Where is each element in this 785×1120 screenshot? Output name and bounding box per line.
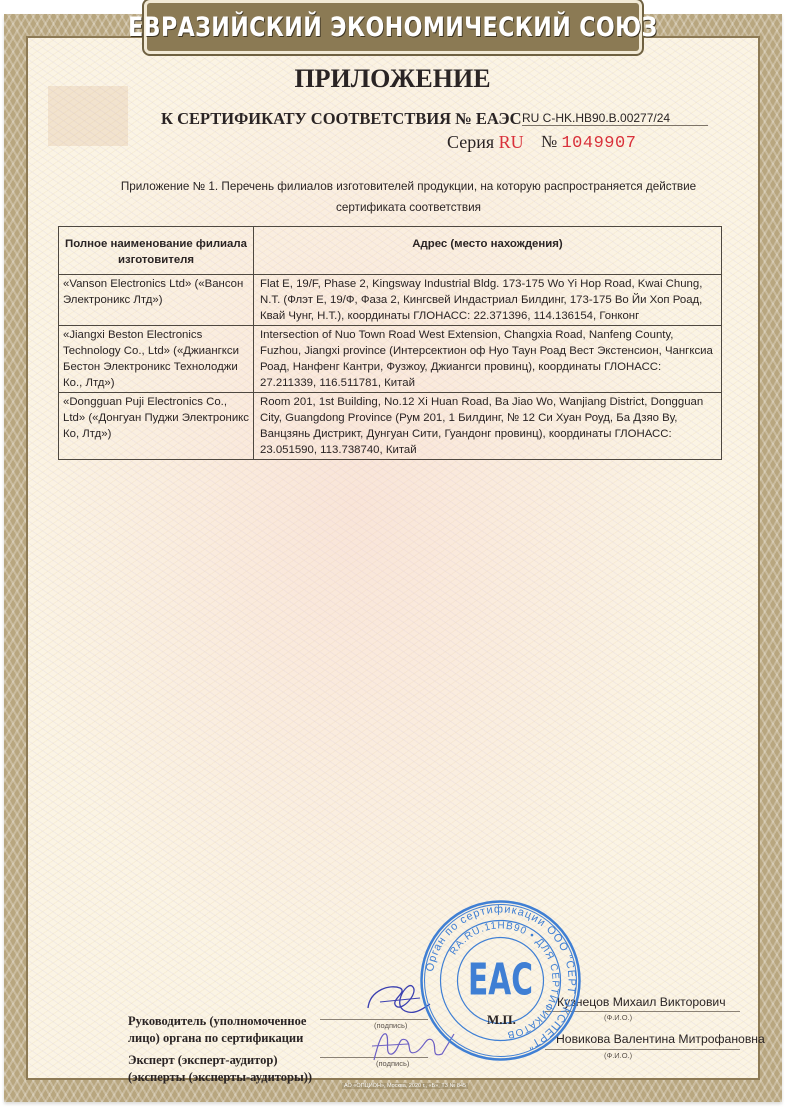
header-address: Адрес (место нахождения) <box>254 227 722 275</box>
head-fio-caption: (Ф.И.О.) <box>604 1013 632 1022</box>
printer-mark: АО «ОПЦИОН», Москва, 2020 г., «Б», ТЗ № … <box>342 1083 468 1089</box>
number-label: № <box>541 132 557 151</box>
appendix-line-2: сертификата соответствия <box>100 197 717 218</box>
expert-label-line-1: Эксперт (эксперт-аудитор) <box>128 1052 312 1069</box>
certificate-line: К СЕРТИФИКАТУ СООТВЕТСТВИЯ № ЕАЭС <box>161 109 522 129</box>
seal-mark: М.П. <box>487 1012 516 1028</box>
watermark <box>48 86 128 146</box>
branch-name: «Dongguan Puji Electronics Co., Ltd» («Д… <box>59 393 254 460</box>
appendix-caption: Приложение № 1. Перечень филиалов изгото… <box>100 176 717 218</box>
eac-mark: ЕАС <box>468 954 533 1005</box>
appendix-line-1: Приложение № 1. Перечень филиалов изгото… <box>100 176 717 197</box>
series: Серия RU <box>447 132 524 153</box>
expert-label-line-2: (эксперты (эксперты-аудиторы)) <box>128 1069 312 1086</box>
eac-stamp: Орган по сертификации ООО "СЕРТ ЭКСПЕРТ"… <box>418 898 583 1063</box>
branch-name: «Jiangxi Beston Electronics Technology C… <box>59 326 254 393</box>
head-label-line-1: Руководитель (уполномоченное <box>128 1013 306 1030</box>
head-label-line-2: лицо) органа по сертификации <box>128 1030 306 1047</box>
head-label: Руководитель (уполномоченное лицо) орган… <box>128 1013 306 1047</box>
certificate-number: RU C-HK.HB90.B.00277/24 <box>522 111 708 126</box>
branch-address: Flat E, 19/F, Phase 2, Kingsway Industri… <box>254 275 722 326</box>
union-banner-text: ЕВРАЗИЙСКИЙ ЭКОНОМИЧЕСКИЙ СОЮЗ <box>128 12 658 43</box>
header-name: Полное наименование филиала изготовителя <box>59 227 254 275</box>
table-row: «Dongguan Puji Electronics Co., Ltd» («Д… <box>59 393 722 460</box>
series-label: Серия <box>447 132 494 152</box>
table-row: «Jiangxi Beston Electronics Technology C… <box>59 326 722 393</box>
branches-table: Полное наименование филиала изготовителя… <box>58 226 722 460</box>
table-header-row: Полное наименование филиала изготовителя… <box>59 227 722 275</box>
branch-name: «Vanson Electronics Ltd» («Вансон Электр… <box>59 275 254 326</box>
branch-address: Room 201, 1st Building, No.12 Xi Huan Ro… <box>254 393 722 460</box>
series-value: RU <box>499 132 524 152</box>
expert-label: Эксперт (эксперт-аудитор) (эксперты (экс… <box>128 1052 312 1086</box>
expert-fio-caption: (Ф.И.О.) <box>604 1051 632 1060</box>
number-value: 1049907 <box>561 134 636 153</box>
form-number: № 1049907 <box>541 132 636 153</box>
table-row: «Vanson Electronics Ltd» («Вансон Электр… <box>59 275 722 326</box>
union-banner: ЕВРАЗИЙСКИЙ ЭКОНОМИЧЕСКИЙ СОЮЗ <box>144 0 642 54</box>
expert-name: Новикова Валентина Митрофановна <box>556 1032 765 1046</box>
branch-address: Intersection of Nuo Town Road West Exten… <box>254 326 722 393</box>
page-title: ПРИЛОЖЕНИЕ <box>0 64 785 94</box>
